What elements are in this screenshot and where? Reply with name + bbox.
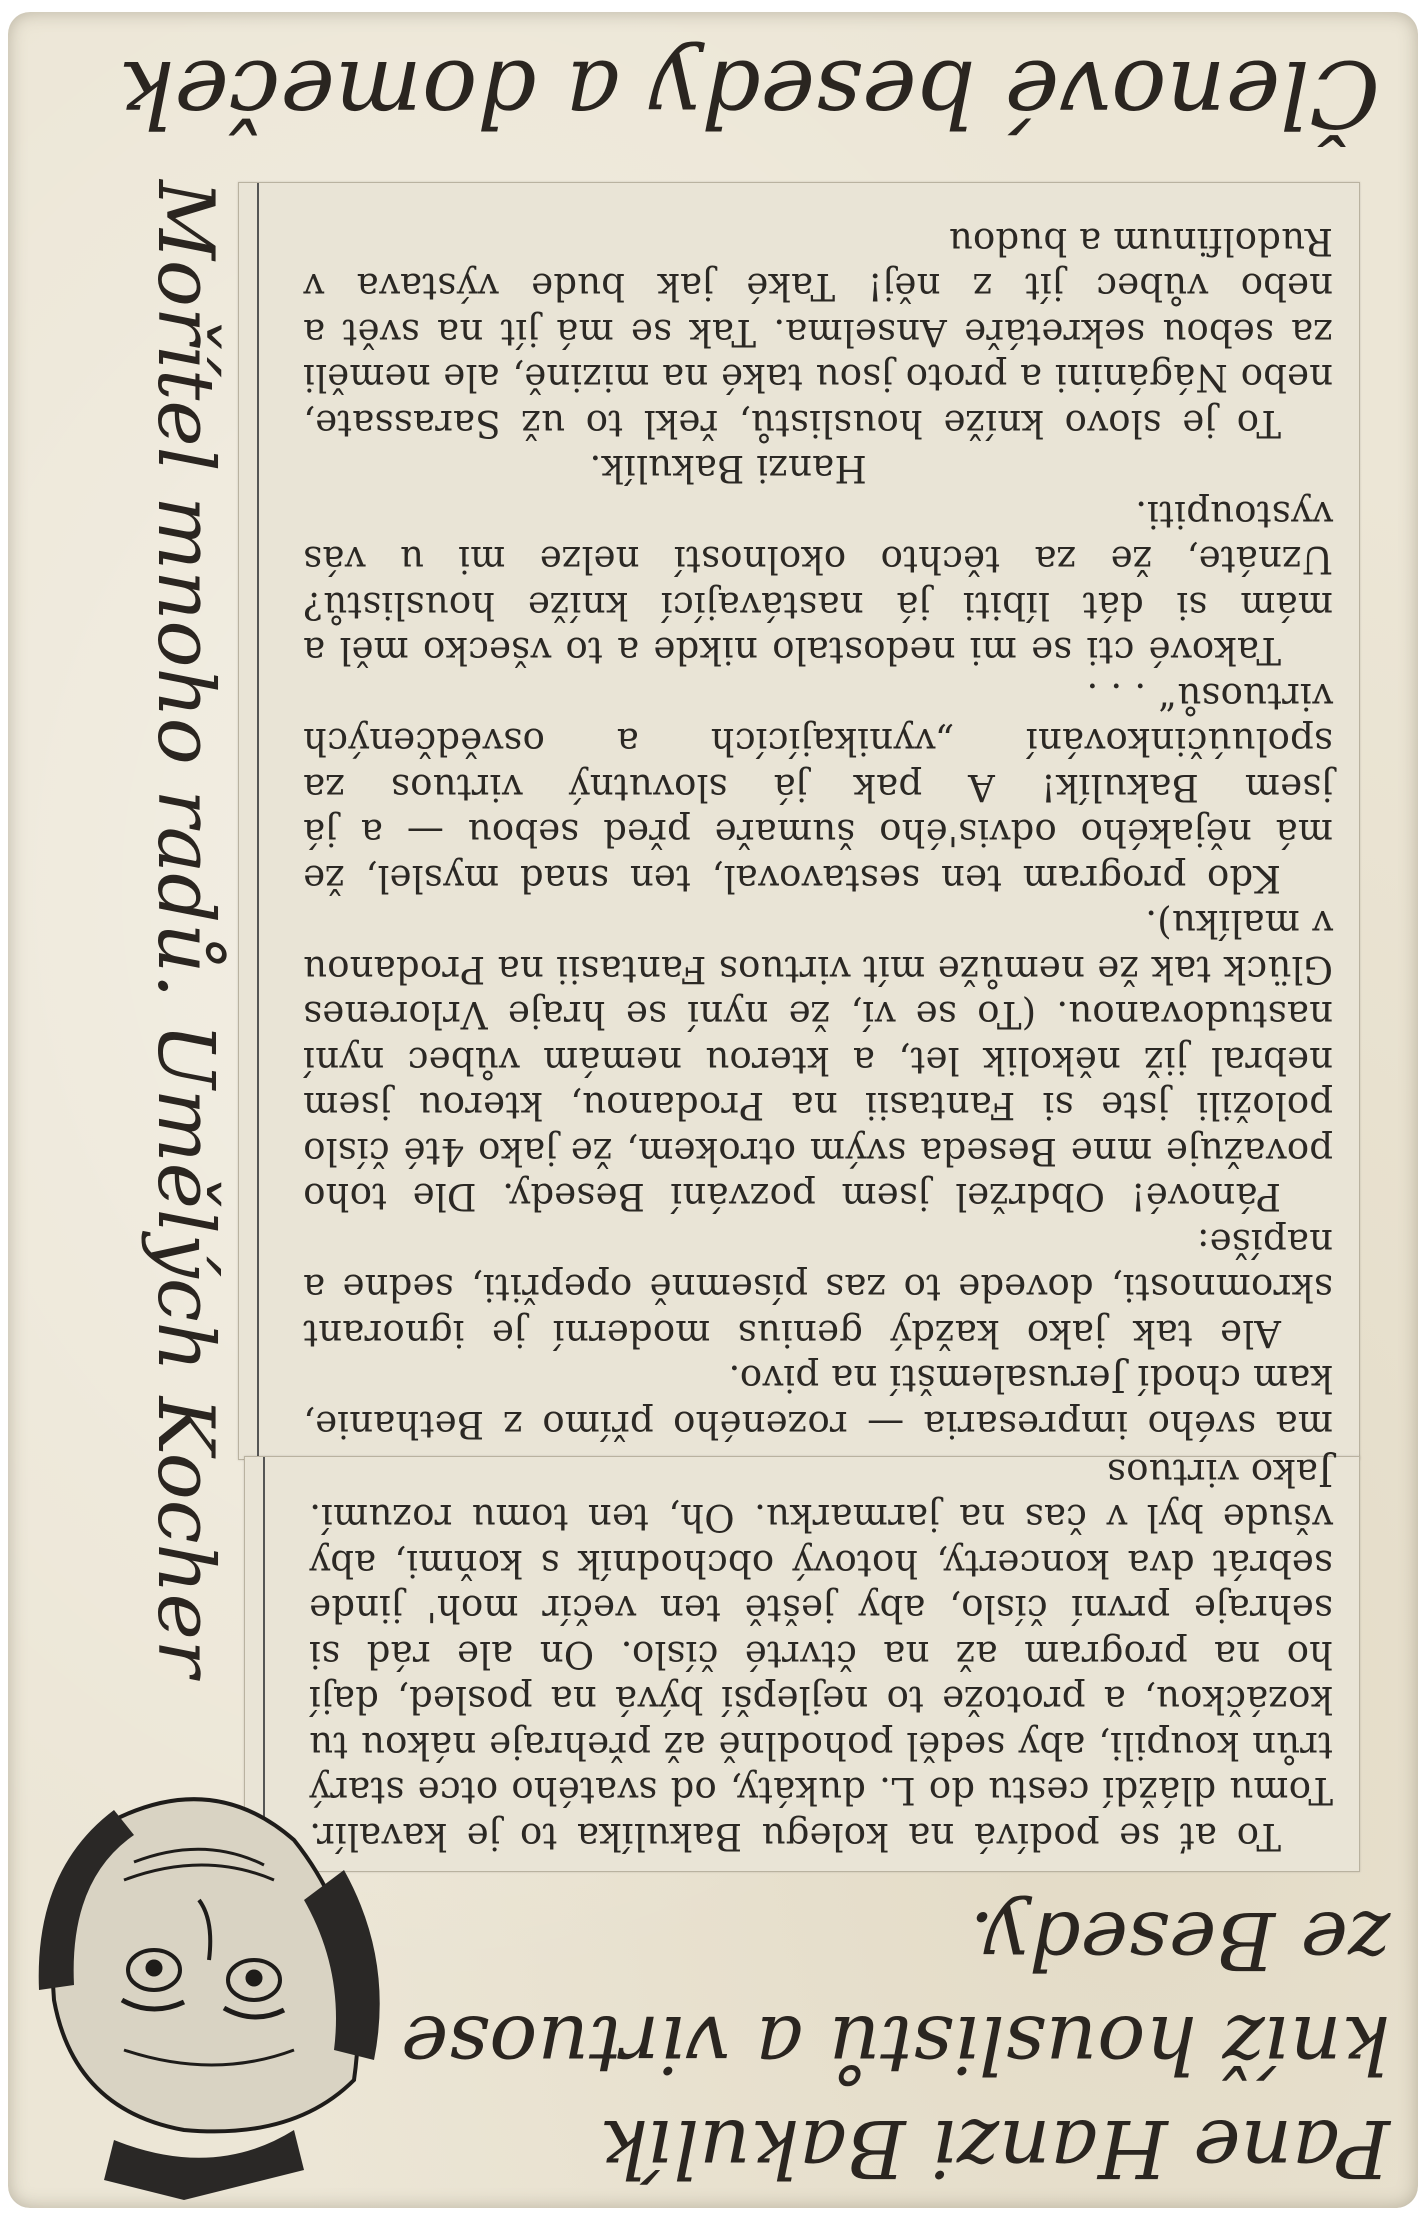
clipping-signature: Hanzi Bakulík. — [303, 446, 1333, 492]
handwriting-bottom-line: ze Besedy. — [260, 1888, 1390, 1992]
handwriting-bottom-line: kníž houslistů a virtuose — [260, 1992, 1390, 2096]
handwriting-bottom-line: Pane Hanzi Bakulík — [260, 2096, 1390, 2200]
clipping-paragraph: Ale tak jako každý genius moderní je ign… — [303, 1220, 1333, 1357]
clipping-paragraph: Pánové! Obdržel jsem pozvání Besedy. Dle… — [303, 901, 1333, 1220]
handwriting-bottom: Pane Hanzi Bakulíkkníž houslistů a virtu… — [260, 1870, 1420, 2200]
clipping-paragraph: Takové cti se mi nedostalo nikde a to vš… — [303, 492, 1333, 674]
newspaper-clipping-upper: ma svého impresaria — rozeného přímo z B… — [238, 182, 1360, 1460]
handwriting-top: Členové besedy a domeček — [230, 40, 1380, 147]
clipping-paragraph: ma svého impresaria — rozeného přímo z B… — [303, 1356, 1333, 1447]
clipping-text-column: To ať se podívá na kolegu Bakulíka to je… — [309, 1450, 1333, 1860]
clipping-paragraph: To ať se podívá na kolegu Bakulíka to je… — [309, 1450, 1333, 1860]
handwriting-left-margin: Mořítel mnoho radů. Umělých Kocher — [140, 180, 230, 1677]
caricature-engraving-icon — [14, 1740, 414, 2200]
column-rule — [257, 183, 259, 1459]
clipping-paragraph: To je slovo kníže houslistů, řekl to už … — [303, 219, 1333, 447]
clipping-paragraph: Kdo program ten sestavoval, ten snad mys… — [303, 674, 1333, 902]
clipping-text-column: ma svého impresaria — rozeného přímo z B… — [303, 219, 1333, 1448]
